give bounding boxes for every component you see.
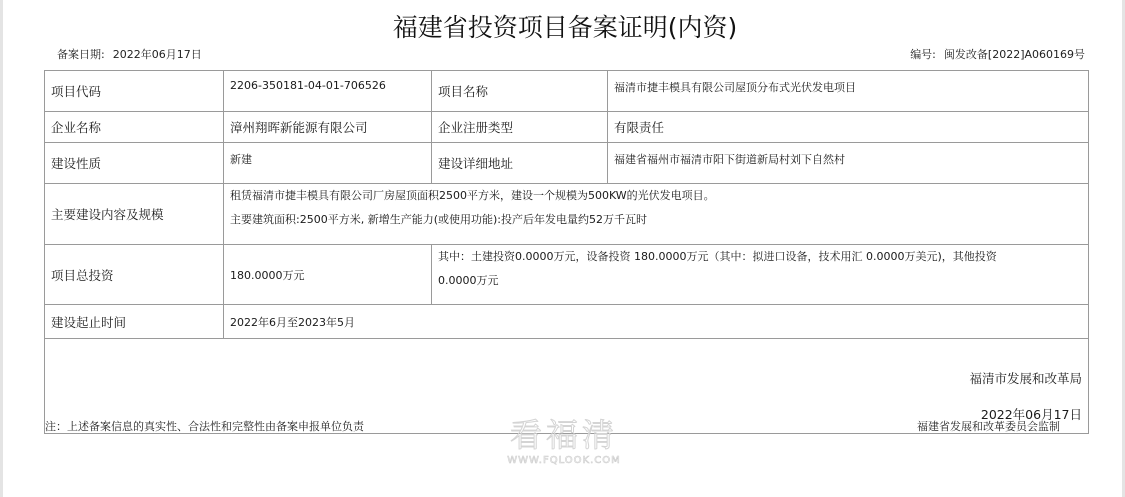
watermark-logo-text: 看福清: [494, 417, 634, 453]
construction-period-value: 2022年6月至2023年5月: [224, 305, 1089, 339]
issuing-authority: 福清市发展和改革局: [51, 369, 1082, 387]
serial-number-label: 编号:: [910, 48, 936, 61]
registration-type-label: 企业注册类型: [432, 112, 608, 143]
table-row: 项目代码 2206-350181-04-01-706526 项目名称 福清市捷丰…: [45, 71, 1089, 112]
construction-nature-value: 新建: [224, 143, 432, 184]
filing-date-value: 2022年06月17日: [113, 48, 202, 61]
enterprise-name-value: 漳州翔晖新能源有限公司: [224, 112, 432, 143]
filing-date: 备案日期:2022年06月17日: [57, 46, 202, 62]
content-scale-line-1: 租赁福清市捷丰模具有限公司厂房屋顶面积2500平方米，建设一个规模为500KW的…: [230, 184, 1082, 208]
filing-date-label: 备案日期:: [57, 48, 105, 61]
content-scale-line-2: 主要建筑面积:2500平方米, 新增生产能力(或使用功能):投产后年发电量约52…: [230, 208, 1082, 232]
serial-number-value: 闽发改备[2022]A060169号: [944, 48, 1085, 61]
project-code-value: 2206-350181-04-01-706526: [224, 71, 432, 112]
watermark: 看福清 WWW.FQLOOK.COM: [494, 417, 634, 466]
certificate-table: 项目代码 2206-350181-04-01-706526 项目名称 福清市捷丰…: [44, 70, 1089, 434]
address-label: 建设详细地址: [432, 143, 608, 184]
supervisor-text: 福建省发展和改革委员会监制: [917, 418, 1060, 434]
project-name-value: 福清市捷丰模具有限公司屋顶分布式光伏发电项目: [608, 71, 1089, 112]
investment-breakdown: 其中：土建投资0.0000万元，设备投资 180.0000万元（其中：拟进口设备…: [432, 245, 1089, 305]
construction-nature-label: 建设性质: [45, 143, 224, 184]
total-investment-value: 180.0000万元: [224, 245, 432, 305]
table-row: 主要建设内容及规模 租赁福清市捷丰模具有限公司厂房屋顶面积2500平方米，建设一…: [45, 184, 1089, 245]
project-name-label: 项目名称: [432, 71, 608, 112]
investment-breakdown-line-1: 其中：土建投资0.0000万元，设备投资 180.0000万元（其中：拟进口设备…: [438, 245, 1082, 269]
project-code-label: 项目代码: [45, 71, 224, 112]
disclaimer-note: 注：上述备案信息的真实性、合法性和完整性由备案申报单位负责: [45, 418, 364, 434]
table-row: 项目总投资 180.0000万元 其中：土建投资0.0000万元，设备投资 18…: [45, 245, 1089, 305]
investment-breakdown-line-2: 0.0000万元: [438, 269, 1082, 293]
page-edge-left: [0, 0, 3, 497]
table-row: 建设性质 新建 建设详细地址 福建省福州市福清市阳下街道新局村刘下自然村: [45, 143, 1089, 184]
serial-number: 编号:闽发改备[2022]A060169号: [910, 46, 1085, 62]
total-investment-label: 项目总投资: [45, 245, 224, 305]
table-row: 企业名称 漳州翔晖新能源有限公司 企业注册类型 有限责任: [45, 112, 1089, 143]
construction-period-label: 建设起止时间: [45, 305, 224, 339]
content-scale-value: 租赁福清市捷丰模具有限公司厂房屋顶面积2500平方米，建设一个规模为500KW的…: [224, 184, 1089, 245]
watermark-url: WWW.FQLOOK.COM: [494, 455, 634, 466]
enterprise-name-label: 企业名称: [45, 112, 224, 143]
address-value: 福建省福州市福清市阳下街道新局村刘下自然村: [608, 143, 1089, 184]
document-title: 福建省投资项目备案证明(内资): [0, 8, 1125, 44]
registration-type-value: 有限责任: [608, 112, 1089, 143]
table-row: 建设起止时间 2022年6月至2023年5月: [45, 305, 1089, 339]
content-scale-label: 主要建设内容及规模: [45, 184, 224, 245]
